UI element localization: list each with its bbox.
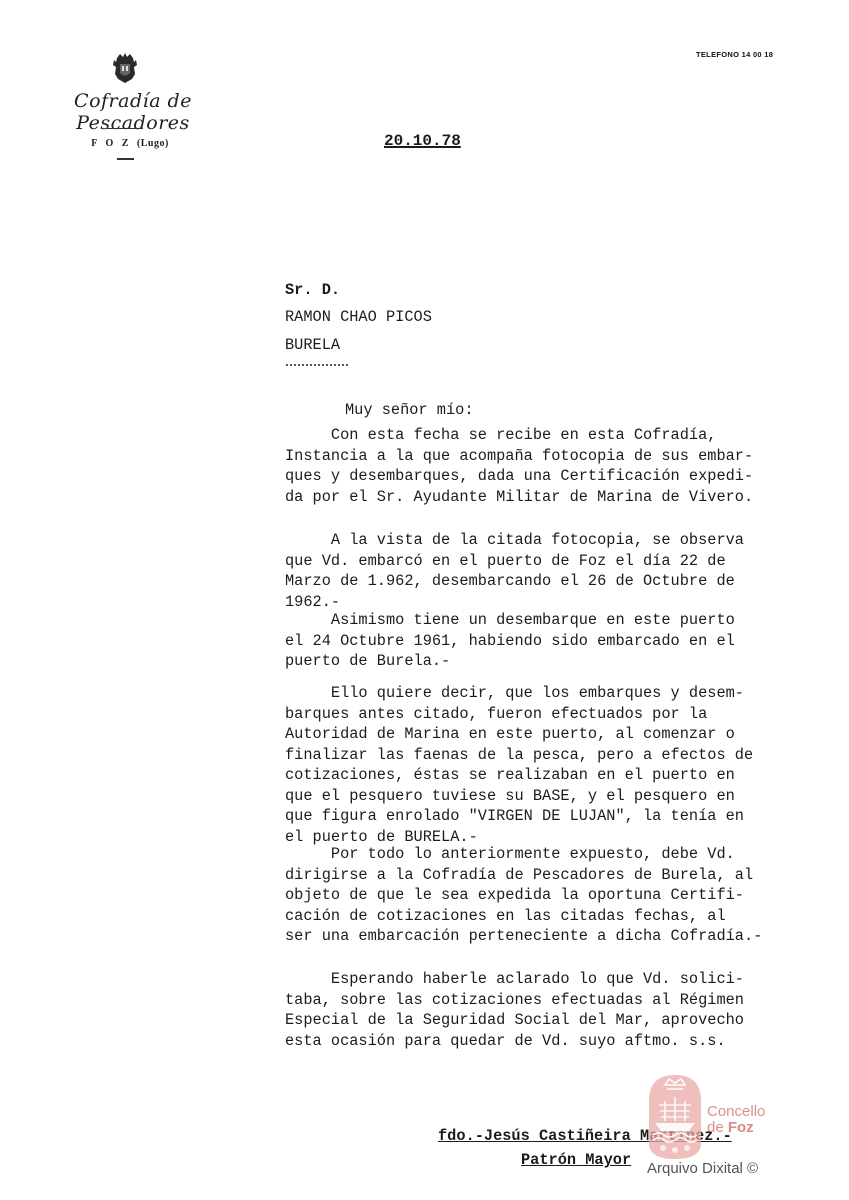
recipient-city: BURELA (285, 335, 340, 356)
body-line: ques y desembarques, dada una Certificac… (285, 466, 753, 487)
body-line: el 24 Octubre 1961, habiendo sido embarc… (285, 631, 735, 652)
body-line: que Vd. embarcó en el puerto de Foz el d… (285, 551, 744, 572)
telephone-number: TELEFONO 14 00 18 (696, 50, 773, 59)
body-line: Con esta fecha se recibe en esta Cofradí… (285, 425, 753, 446)
concello-foz-ship-crest-icon (645, 1071, 705, 1161)
body-line: barques antes citado, fueron efectuados … (285, 704, 753, 725)
body-line: 1962.- (285, 592, 744, 613)
letterhead-divider (107, 128, 143, 129)
letter-date: 20.10.78 (384, 131, 461, 152)
coat-of-arms-icon (112, 52, 138, 84)
watermark-text: Concello de Foz (707, 1104, 765, 1136)
body-line: objeto de que le sea expedida la oportun… (285, 885, 762, 906)
signature-title: Patrón Mayor (521, 1150, 631, 1171)
body-line: puerto de Burela.- (285, 651, 735, 672)
greeting: Muy señor mío: (345, 400, 474, 421)
organization-location: F O Z (Lugo) (60, 138, 200, 149)
body-line: Esperando haberle aclarado lo que Vd. so… (285, 969, 744, 990)
body-line: finalizar las faenas de la pesca, pero a… (285, 745, 753, 766)
body-line: ser una embarcación perteneciente a dich… (285, 926, 762, 947)
location-name: F O Z (91, 138, 131, 149)
recipient-name: RAMON CHAO PICOS (285, 307, 432, 328)
body-line: Por todo lo anteriormente expuesto, debe… (285, 844, 762, 865)
body-line: cación de cotizaciones en las citadas fe… (285, 906, 762, 927)
letterhead-divider-small (117, 158, 134, 160)
watermark-line1: Concello (707, 1104, 765, 1120)
body-line: taba, sobre las cotizaciones efectuadas … (285, 990, 744, 1011)
body-line: que figura enrolado "VIRGEN DE LUJAN", l… (285, 806, 753, 827)
body-line: que el pesquero tuviese su BASE, y el pe… (285, 786, 753, 807)
recipient-title: Sr. D. (285, 280, 340, 301)
body-paragraph: Con esta fecha se recibe en esta Cofradí… (285, 425, 753, 507)
body-paragraph: Esperando haberle aclarado lo que Vd. so… (285, 969, 744, 1051)
body-line: cotizaciones, éstas se realizaban en el … (285, 765, 753, 786)
body-line: Especial de la Seguridad Social del Mar,… (285, 1010, 744, 1031)
body-paragraph: Asimismo tiene un desembarque en este pu… (285, 610, 735, 672)
address-underline (286, 364, 348, 366)
body-line: esta ocasión para quedar de Vd. suyo aft… (285, 1031, 744, 1052)
location-province: (Lugo) (137, 138, 169, 149)
body-line: Instancia a la que acompaña fotocopia de… (285, 446, 753, 467)
body-line: Asimismo tiene un desembarque en este pu… (285, 610, 735, 631)
body-paragraph: Por todo lo anteriormente expuesto, debe… (285, 844, 762, 947)
archive-copyright: Arquivo Dixital © (647, 1160, 758, 1177)
body-line: Autoridad de Marina en este puerto, al c… (285, 724, 753, 745)
body-line: da por el Sr. Ayudante Militar de Marina… (285, 487, 753, 508)
body-paragraph: Ello quiere decir, que los embarques y d… (285, 683, 753, 847)
watermark-line2: de Foz (707, 1120, 765, 1136)
body-line: Marzo de 1.962, desembarcando el 26 de O… (285, 571, 744, 592)
body-paragraph: A la vista de la citada fotocopia, se ob… (285, 530, 744, 612)
body-line: Ello quiere decir, que los embarques y d… (285, 683, 753, 704)
body-line: dirigirse a la Cofradía de Pescadores de… (285, 865, 762, 886)
body-line: A la vista de la citada fotocopia, se ob… (285, 530, 744, 551)
